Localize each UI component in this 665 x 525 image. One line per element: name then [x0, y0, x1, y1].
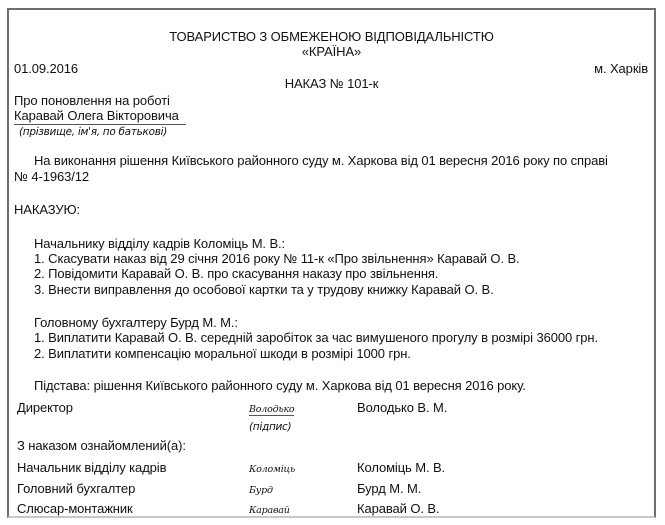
- ack-name: Каравай О. В.: [357, 501, 439, 517]
- employee-name: Каравай Олега Вікторовича: [14, 108, 186, 125]
- org-name-line1: ТОВАРИСТВО З ОБМЕЖЕНОЮ ВІДПОВІДАЛЬНІСТЮ: [9, 29, 654, 45]
- order-title: НАКАЗ № 101-к: [9, 76, 654, 92]
- hr-item: 3. Внести виправлення до особової картки…: [34, 282, 494, 298]
- accounting-item: 1. Виплатити Каравай О. В. середній заро…: [34, 330, 598, 346]
- acknowledged-label: З наказом ознайомлений(а):: [17, 438, 186, 454]
- employee-name-text: Каравай Олега Вікторовича: [14, 108, 186, 125]
- ack-name: Бурд М. М.: [357, 481, 421, 497]
- director-name: Володько В. М.: [357, 400, 447, 416]
- hr-item: 1. Скасувати наказ від 29 січня 2016 рок…: [34, 251, 520, 267]
- signature-hint: (підпис): [249, 419, 291, 435]
- ack-signature: Каравай: [249, 503, 290, 519]
- accounting-heading: Головному бухгалтеру Бурд М. М.:: [34, 315, 238, 331]
- ack-signature: Коломіць: [249, 462, 295, 478]
- order-document: ТОВАРИСТВО З ОБМЕЖЕНОЮ ВІДПОВІДАЛЬНІСТЮ …: [7, 8, 656, 518]
- order-city: м. Харків: [594, 61, 648, 77]
- preamble-line2: № 4-1963/12: [14, 169, 89, 185]
- ack-position: Начальник відділу кадрів: [17, 460, 166, 476]
- subject-line: Про поновлення на роботі: [14, 93, 170, 109]
- basis-line: Підстава: рішення Київського районного с…: [34, 378, 526, 394]
- director-position: Директор: [17, 400, 73, 416]
- hr-heading: Начальнику відділу кадрів Коломіць М. В.…: [34, 236, 285, 252]
- order-date: 01.09.2016: [14, 61, 78, 77]
- ack-position: Слюсар-монтажник: [17, 501, 133, 517]
- name-hint: (прізвище, ім'я, по батькові): [19, 124, 167, 140]
- director-signature-text: Володько: [249, 404, 294, 416]
- accounting-item: 2. Виплатити компенсацію моральної шкоди…: [34, 346, 411, 362]
- hr-item: 2. Повідомити Каравай О. В. про скасуван…: [34, 266, 438, 282]
- ack-signature: Бурд: [249, 483, 273, 499]
- order-word: НАКАЗУЮ:: [14, 202, 80, 218]
- ack-name: Коломіць М. В.: [357, 460, 445, 476]
- director-signature: Володько: [249, 402, 294, 418]
- preamble-line1: На виконання рішення Київського районног…: [34, 153, 608, 169]
- ack-position: Головний бухгалтер: [17, 481, 135, 497]
- org-name-line2: «КРАЇНА»: [9, 44, 654, 60]
